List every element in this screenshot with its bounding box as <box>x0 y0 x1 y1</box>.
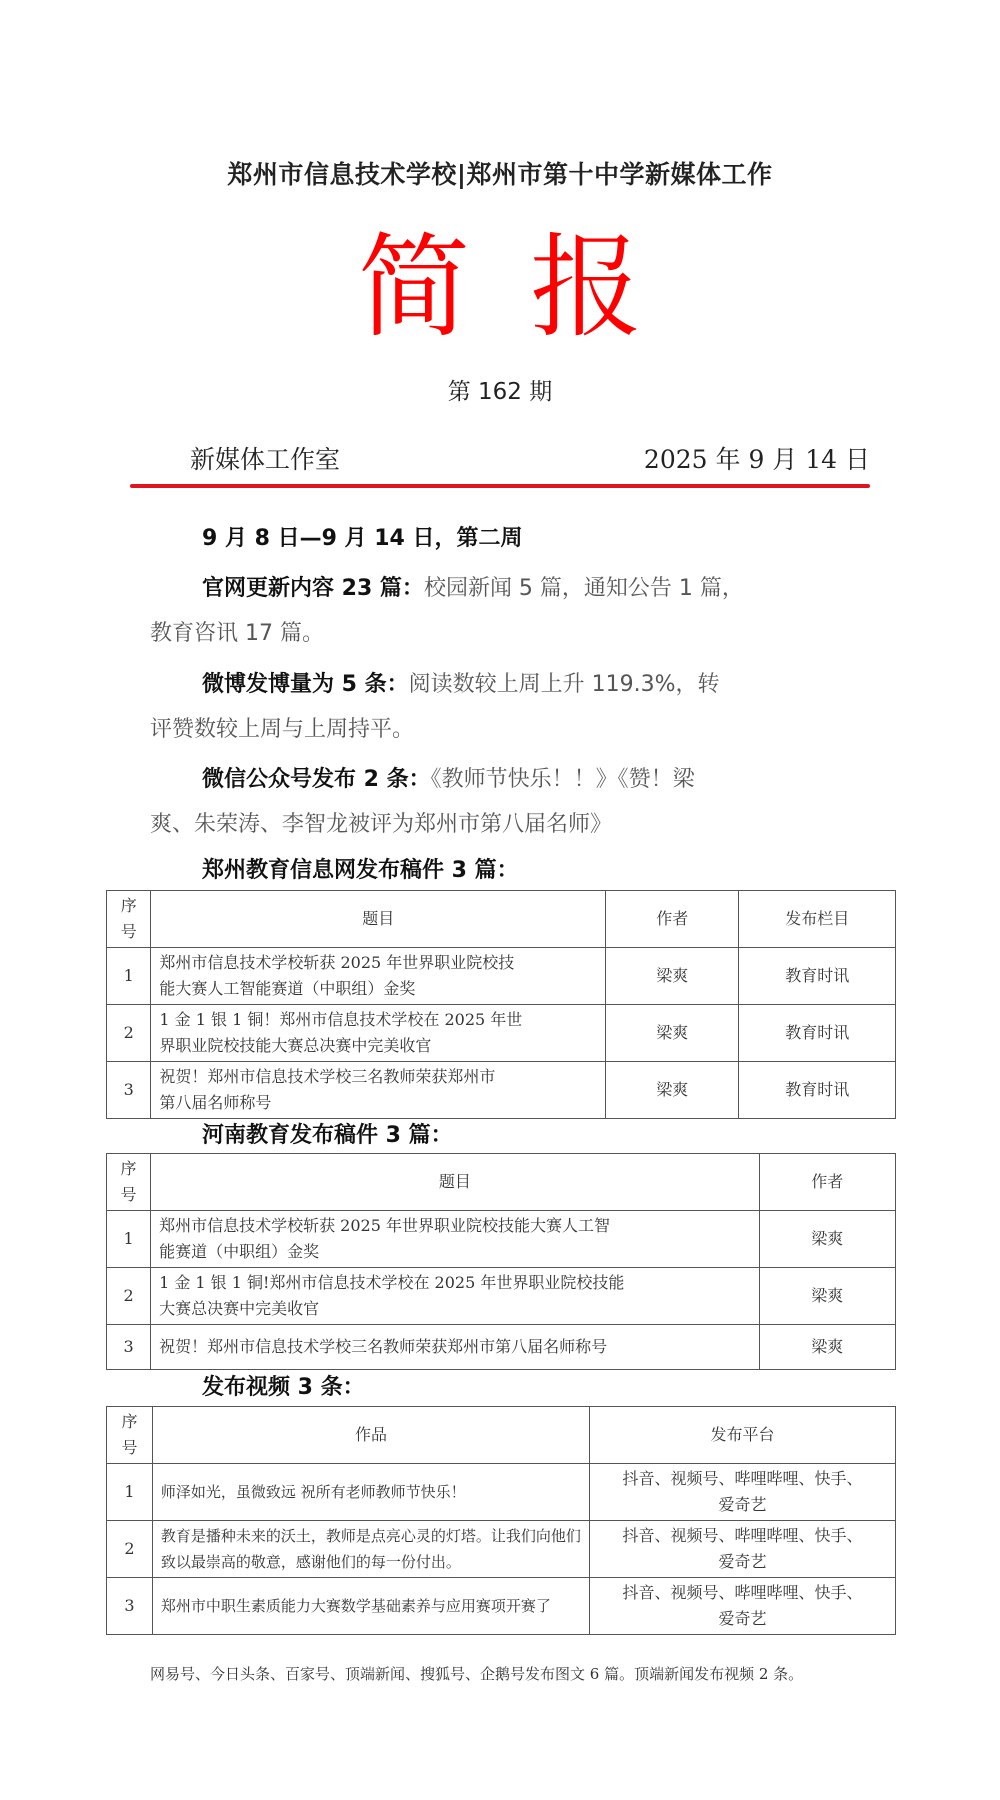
publish-platforms: 抖音、视频号、哔哩哔哩、快手、爱奇艺 <box>590 1578 896 1635</box>
col-header: 作品 <box>152 1407 589 1464</box>
videos-heading: 发布视频 3 条： <box>202 1370 365 1401</box>
article-title: 1 金 1 银 1 铜!郑州市信息技术学校在 2025 年世界职业院校技能大赛总… <box>151 1268 760 1325</box>
author: 梁爽 <box>759 1325 895 1370</box>
publish-column: 教育时讯 <box>739 948 896 1005</box>
author: 梁爽 <box>759 1211 895 1268</box>
article-title: 祝贺！郑州市信息技术学校三名教师荣获郑州市第八届名师称号 <box>151 1325 760 1370</box>
table-header-row: 序号 题目 作者 发布栏目 <box>107 891 896 948</box>
col-header: 作者 <box>606 891 739 948</box>
website-text-1: 校园新闻 5 篇，通知公告 1 篇， <box>424 576 744 601</box>
publish-column: 教育时讯 <box>739 1005 896 1062</box>
col-header: 序号 <box>107 891 151 948</box>
weibo-text-1: 阅读数较上周上升 119.3%，转 <box>409 672 720 697</box>
table-header-row: 序号 题目 作者 <box>107 1154 896 1211</box>
weibo-label: 微博发博量为 5 条： <box>202 672 409 697</box>
author: 梁爽 <box>606 1062 739 1119</box>
issue-number: 第 162 期 <box>0 373 1000 406</box>
wechat-label: 微信公众号发布 2 条： <box>202 767 431 792</box>
website-summary: 官网更新内容 23 篇：校园新闻 5 篇，通知公告 1 篇， 教育咨讯 17 篇… <box>150 566 850 656</box>
weibo-summary: 微博发博量为 5 条：阅读数较上周上升 119.3%，转 评赞数较上周与上周持平… <box>150 662 850 752</box>
henan-edu-table: 序号 题目 作者 1 郑州市信息技术学校斩获 2025 年世界职业院校技能大赛人… <box>106 1153 896 1370</box>
videos-table: 序号 作品 发布平台 1 师泽如光，虽微致远 祝所有老师教师节快乐！ 抖音、视频… <box>106 1406 896 1635</box>
col-header: 题目 <box>151 1154 760 1211</box>
video-title: 师泽如光，虽微致远 祝所有老师教师节快乐！ <box>152 1464 589 1521</box>
col-header: 题目 <box>151 891 606 948</box>
table-row: 1 师泽如光，虽微致远 祝所有老师教师节快乐！ 抖音、视频号、哔哩哔哩、快手、爱… <box>107 1464 896 1521</box>
week-range: 9 月 8 日—9 月 14 日，第二周 <box>202 521 523 552</box>
publish-platforms: 抖音、视频号、哔哩哔哩、快手、爱奇艺 <box>590 1464 896 1521</box>
row-number: 3 <box>107 1062 151 1119</box>
website-label: 官网更新内容 23 篇： <box>202 576 424 601</box>
row-number: 1 <box>107 1211 151 1268</box>
article-title: 祝贺！郑州市信息技术学校三名教师荣获郑州市第八届名师称号 <box>151 1062 606 1119</box>
publish-column: 教育时讯 <box>739 1062 896 1119</box>
article-title: 1 金 1 银 1 铜！郑州市信息技术学校在 2025 年世界职业院校技能大赛总… <box>151 1005 606 1062</box>
org-title: 郑州市信息技术学校|郑州市第十中学新媒体工作 <box>0 155 1000 191</box>
table-row: 2 1 金 1 银 1 铜!郑州市信息技术学校在 2025 年世界职业院校技能大… <box>107 1268 896 1325</box>
zhengzhou-edu-table: 序号 题目 作者 发布栏目 1 郑州市信息技术学校斩获 2025 年世界职业院校… <box>106 890 896 1119</box>
wechat-text-1: 《教师节快乐！！》《赞！梁 <box>431 767 695 792</box>
col-header: 序号 <box>107 1154 151 1211</box>
footer-note: 网易号、今日头条、百家号、顶端新闻、搜狐号、企鹅号发布图文 6 篇。顶端新闻发布… <box>150 1660 870 1688</box>
video-title: 教育是播种未来的沃土，教师是点亮心灵的灯塔。让我们向他们致以最崇高的敬意，感谢他… <box>152 1521 589 1578</box>
row-number: 1 <box>107 948 151 1005</box>
publish-platforms: 抖音、视频号、哔哩哔哩、快手、爱奇艺 <box>590 1521 896 1578</box>
table-row: 2 1 金 1 银 1 铜！郑州市信息技术学校在 2025 年世界职业院校技能大… <box>107 1005 896 1062</box>
website-text-2: 教育咨讯 17 篇。 <box>150 621 324 646</box>
row-number: 1 <box>107 1464 153 1521</box>
table-row: 3 祝贺！郑州市信息技术学校三名教师荣获郑州市第八届名师称号 梁爽 教育时讯 <box>107 1062 896 1119</box>
red-divider <box>130 484 870 488</box>
row-number: 2 <box>107 1268 151 1325</box>
author: 梁爽 <box>606 948 739 1005</box>
henan-edu-heading: 河南教育发布稿件 3 篇： <box>202 1118 453 1149</box>
publish-date: 2025 年 9 月 14 日 <box>644 440 870 476</box>
table-row: 3 郑州市中职生素质能力大赛数学基础素养与应用赛项开赛了 抖音、视频号、哔哩哔哩… <box>107 1578 896 1635</box>
row-number: 3 <box>107 1578 153 1635</box>
col-header: 发布栏目 <box>739 891 896 948</box>
table-row: 3 祝贺！郑州市信息技术学校三名教师荣获郑州市第八届名师称号 梁爽 <box>107 1325 896 1370</box>
wechat-text-2: 爽、朱荣涛、李智龙被评为郑州市第八届名师》 <box>150 812 612 837</box>
zhengzhou-edu-heading: 郑州教育信息网发布稿件 3 篇： <box>202 853 519 884</box>
table-row: 1 郑州市信息技术学校斩获 2025 年世界职业院校技能大赛人工智能赛道（中职组… <box>107 1211 896 1268</box>
table-row: 2 教育是播种未来的沃土，教师是点亮心灵的灯塔。让我们向他们致以最崇高的敬意，感… <box>107 1521 896 1578</box>
weibo-text-2: 评赞数较上周与上周持平。 <box>150 717 414 742</box>
col-header: 序号 <box>107 1407 153 1464</box>
video-title: 郑州市中职生素质能力大赛数学基础素养与应用赛项开赛了 <box>152 1578 589 1635</box>
row-number: 2 <box>107 1005 151 1062</box>
col-header: 发布平台 <box>590 1407 896 1464</box>
department-name: 新媒体工作室 <box>190 440 340 476</box>
table-header-row: 序号 作品 发布平台 <box>107 1407 896 1464</box>
col-header: 作者 <box>759 1154 895 1211</box>
table-row: 1 郑州市信息技术学校斩获 2025 年世界职业院校技能大赛人工智能赛道（中职组… <box>107 948 896 1005</box>
author: 梁爽 <box>759 1268 895 1325</box>
row-number: 2 <box>107 1521 153 1578</box>
article-title: 郑州市信息技术学校斩获 2025 年世界职业院校技能大赛人工智能赛道（中职组）金… <box>151 1211 760 1268</box>
wechat-summary: 微信公众号发布 2 条：《教师节快乐！！》《赞！梁 爽、朱荣涛、李智龙被评为郑州… <box>150 757 850 847</box>
bulletin-title: 简报 <box>0 228 1000 348</box>
row-number: 3 <box>107 1325 151 1370</box>
author: 梁爽 <box>606 1005 739 1062</box>
article-title: 郑州市信息技术学校斩获 2025 年世界职业院校技能大赛人工智能赛道（中职组）金… <box>151 948 606 1005</box>
